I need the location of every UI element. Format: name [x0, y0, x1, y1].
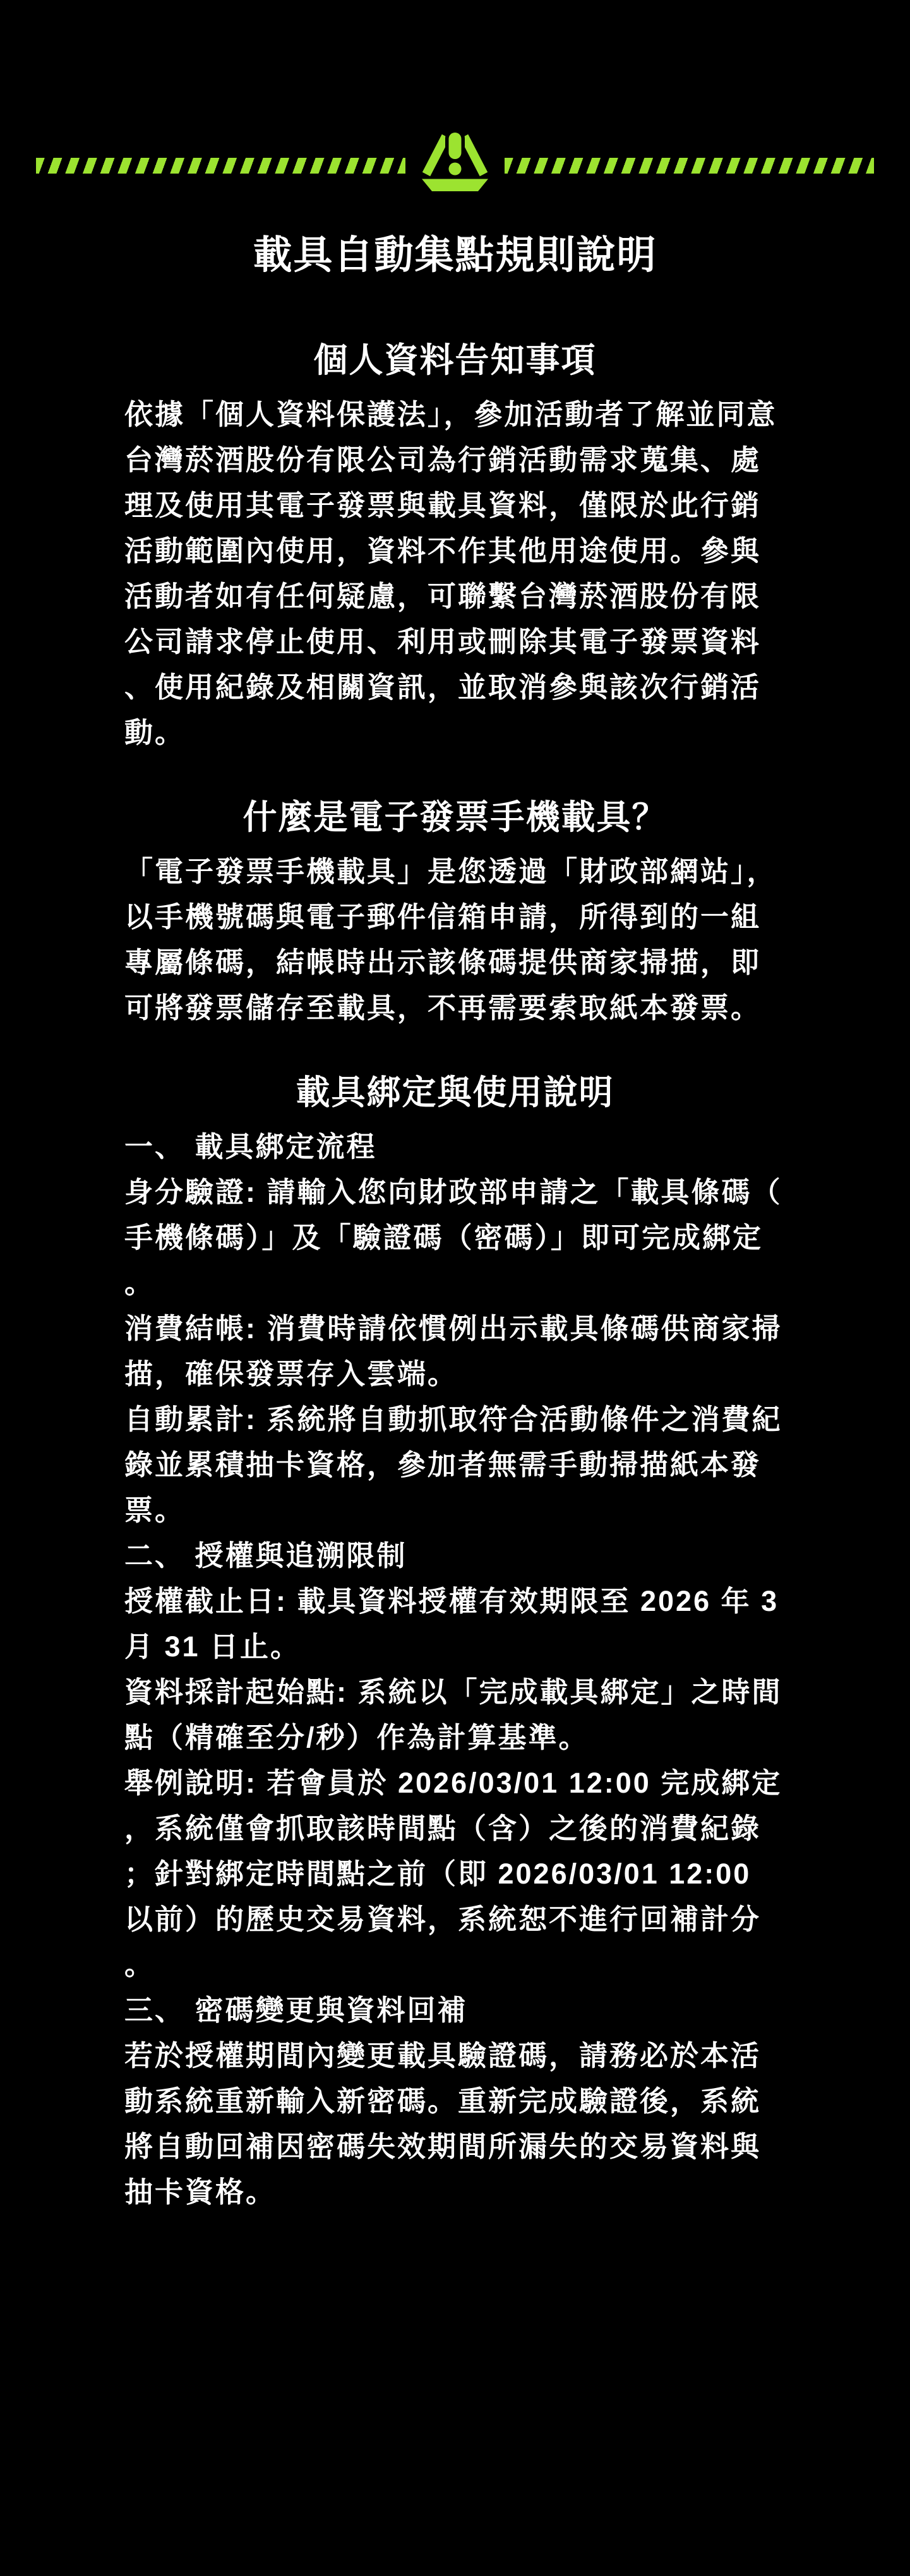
section-personal-data-notice: 個人資料告知事項 依據「個人資料保護法」，參加活動者了解並同意台灣菸酒股份有限公… — [124, 336, 786, 756]
paragraph: 資料採計起始點: 系統以「完成載具綁定」之時間點（精確至分/秒）作為計算基準。 — [124, 1670, 786, 1760]
hazard-header-band — [0, 133, 910, 191]
paragraph: 若於授權期間內變更載具驗證碼，請務必於本活動系統重新輸入新密碼。重新完成驗證後，… — [124, 2033, 786, 2215]
section-paragraphs: 依據「個人資料保護法」，參加活動者了解並同意台灣菸酒股份有限公司為行銷活動需求蒐… — [124, 392, 786, 756]
paragraph: 授權截止日: 載具資料授權有效期限至 2026 年 3 月 31 日止。 — [124, 1579, 786, 1670]
section-binding-usage: 載具綁定與使用說明 一、 載具綁定流程身分驗證: 請輸入您向財政部申請之「載具條… — [124, 1069, 786, 2215]
content: 個人資料告知事項 依據「個人資料保護法」，參加活動者了解並同意台灣菸酒股份有限公… — [0, 336, 910, 2215]
hazard-stripes-left-icon — [36, 158, 405, 174]
section-what-is-carrier: 什麼是電子發票手機載具？ 「電子發票手機載具」是您透過「財政部網站」，以手機號碼… — [124, 793, 786, 1031]
paragraph: 依據「個人資料保護法」，參加活動者了解並同意台灣菸酒股份有限公司為行銷活動需求蒐… — [124, 392, 786, 756]
rules-page: 載具自動集點規則說明 個人資料告知事項 依據「個人資料保護法」，參加活動者了解並… — [0, 0, 910, 2576]
paragraph: 消費結帳: 消費時請依慣例出示載具條碼供商家掃描，確保發票存入雲端。 — [124, 1306, 786, 1397]
section-heading: 載具綁定與使用說明 — [124, 1069, 786, 1117]
section-heading: 什麼是電子發票手機載具？ — [124, 793, 786, 841]
section-paragraphs: 一、 載具綁定流程身分驗證: 請輸入您向財政部申請之「載具條碼（手機條碼）」及「… — [124, 1124, 786, 2215]
section-paragraphs: 「電子發票手機載具」是您透過「財政部網站」，以手機號碼與電子郵件信箱申請，所得到… — [124, 849, 786, 1031]
paragraph: 身分驗證: 請輸入您向財政部申請之「載具條碼（手機條碼）」及「驗證碼（密碼）」即… — [124, 1170, 786, 1306]
page-title: 載具自動集點規則說明 — [0, 230, 910, 281]
section-heading: 個人資料告知事項 — [124, 336, 786, 384]
paragraph: 一、 載具綁定流程 — [124, 1124, 786, 1170]
hazard-stripes-right-icon — [505, 158, 874, 174]
paragraph: 自動累計: 系統將自動抓取符合活動條件之消費紀錄並累積抽卡資格，參加者無需手動掃… — [124, 1397, 786, 1533]
warning-triangle-icon — [421, 133, 489, 191]
paragraph: 三、 密碼變更與資料回補 — [124, 1988, 786, 2033]
paragraph: 二、 授權與追溯限制 — [124, 1533, 786, 1579]
paragraph: 舉例說明: 若會員於 2026/03/01 12:00 完成綁定，系統僅會抓取該… — [124, 1760, 786, 1988]
paragraph: 「電子發票手機載具」是您透過「財政部網站」，以手機號碼與電子郵件信箱申請，所得到… — [124, 849, 786, 1031]
